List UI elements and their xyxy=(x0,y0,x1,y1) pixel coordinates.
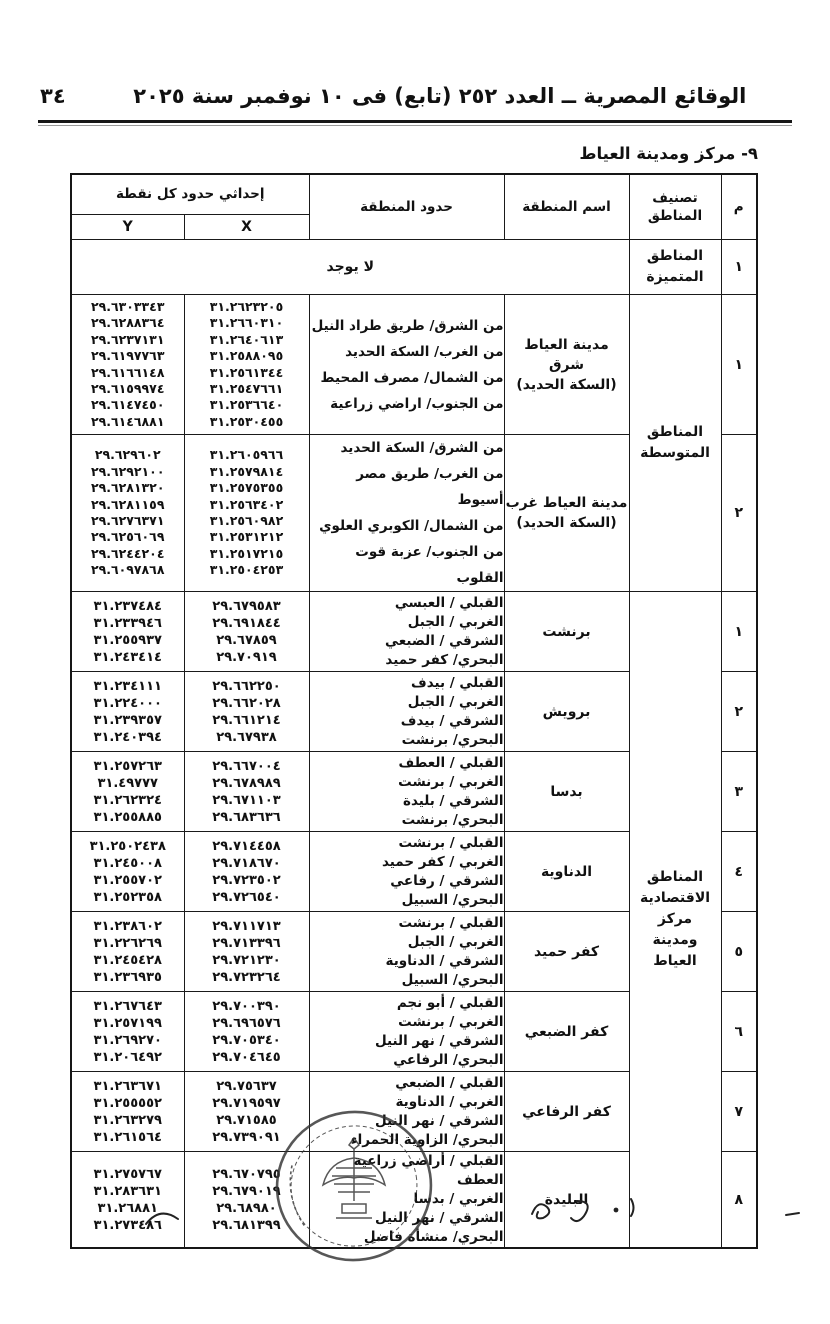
x-coords-cell: ٢٩.٧٠٠٣٩٠٢٩.٦٩٦٥٧٦٢٩.٧٠٥٣٤٠٢٩.٧٠٤٦٤٥ xyxy=(184,992,309,1072)
y-coordinate: ٣١.٢٢٤٠٠٠ xyxy=(72,695,184,712)
y-coords-cell: ٣١.٢٣٤١١١٣١.٢٢٤٠٠٠٣١.٢٣٩٣٥٧٣١.٢٤٠٣٩٤ xyxy=(71,672,184,752)
border-line: من الغرب/ السكة الحديد xyxy=(310,339,504,365)
x-coordinate: ٣١.٢٥٦١٣٤٤ xyxy=(185,365,309,381)
area-name-cell: كفر الرفاعي xyxy=(504,1072,629,1152)
y-coordinate: ٣١.٢٣٧٤٨٤ xyxy=(72,598,184,615)
y-coordinate: ٣١.٢٥٢٣٥٨ xyxy=(72,889,184,906)
y-coords-cell: ٣١.٢٥٠٢٤٣٨٣١.٢٤٥٠٠٨٣١.٢٥٥٧٠٢٣١.٢٥٢٣٥٨ xyxy=(71,832,184,912)
y-coords-cell: ٣١.٢٥٧٢٦٣٣١.٤٩٧٧٧٣١.٢٦٢٣٢٤٣١.٢٥٥٨٨٥ xyxy=(71,752,184,832)
x-coordinate: ٣١.٢٥٦٠٩٨٢ xyxy=(185,513,309,529)
header-classification: تصنيف المناطق xyxy=(629,174,721,240)
header-coords: إحداثي حدود كل نقطة xyxy=(71,174,309,214)
y-coordinate: ٢٩.٦٢٣٧١٣١ xyxy=(72,332,184,348)
x-coords-cell: ٢٩.٦٧٠٧٩٥٢٩.٦٧٩٠١٩٢٩.٦٨٩٨٠٢٩.٦٨١٣٩٩ xyxy=(184,1152,309,1249)
y-coords-cell: ٣١.٢٦٧٦٤٣٣١.٢٥٧١٩٩٣١.٢٦٩٢٧٠٣١.٢٠٦٤٩٢ xyxy=(71,992,184,1072)
y-coordinate: ٣١.٢٦٩٢٧٠ xyxy=(72,1032,184,1049)
x-coordinate: ٢٩.٦٧٨٥٩ xyxy=(185,632,309,649)
header-x: X xyxy=(184,214,309,239)
header-rule xyxy=(38,120,792,126)
border-line: الغربي / الجبل xyxy=(310,613,504,632)
row-index: ١ xyxy=(721,240,757,295)
y-coordinate: ٢٩.٦٠٩٧٨٦٨ xyxy=(72,562,184,578)
row-index: ١ xyxy=(721,592,757,672)
border-line: الشرقي / الدناوية xyxy=(310,952,504,971)
y-coords-cell: ٣١.٢٣٨٦٠٢٣١.٢٢٦٢٦٩٣١.٢٤٥٤٢٨٣١.٢٣٦٩٣٥ xyxy=(71,912,184,992)
y-coordinate: ٢٩.٦٢٩٢١٠٠ xyxy=(72,464,184,480)
row-index: ٢ xyxy=(721,435,757,592)
x-coordinate: ٣١.٢٥٤٧٦٦١ xyxy=(185,381,309,397)
y-coordinate: ٣١.٢٥٥٩٣٧ xyxy=(72,632,184,649)
border-line: الغربي / الجبل xyxy=(310,933,504,952)
y-coordinate: ٣١.٢٤٥٤٢٨ xyxy=(72,952,184,969)
y-coordinate: ٣١.٢٥٥٥٥٢ xyxy=(72,1095,184,1112)
y-coordinate: ٢٩.٦٢٨١١٥٩ xyxy=(72,497,184,513)
border-line: البحري/ برنشت xyxy=(310,811,504,830)
classification-cell: المناطق الاقتصادية مركز ومدينة العياط xyxy=(629,592,721,1249)
y-coordinate: ٣١.٢٦٧٦٤٣ xyxy=(72,998,184,1015)
x-coordinate: ٢٩.٦٨٩٨٠ xyxy=(185,1200,309,1217)
border-line: الغربي / برنشت xyxy=(310,773,504,792)
border-line: الشرقي / الضبعي xyxy=(310,632,504,651)
y-coordinate: ٢٩.٦٢٥٦٠٦٩ xyxy=(72,529,184,545)
x-coordinate: ٢٩.٦٨١٣٩٩ xyxy=(185,1217,309,1234)
border-line: الغربي / الدناوية xyxy=(310,1093,504,1112)
y-coordinate: ٣١.٢٠٦٤٩٢ xyxy=(72,1049,184,1066)
x-coordinate: ٢٩.٦٦٢٢٥٠ xyxy=(185,678,309,695)
area-name-cell: مدينة العياط شرق (السكة الحديد) xyxy=(504,295,629,435)
area-name-cell: كفر الضبعي xyxy=(504,992,629,1072)
y-coordinate: ٣١.٤٩٧٧٧ xyxy=(72,775,184,792)
header-y: Y xyxy=(71,214,184,239)
y-coordinate: ٣١.٢٧٥٧٦٧ xyxy=(72,1166,184,1183)
x-coordinate: ٢٩.٧٠٥٣٤٠ xyxy=(185,1032,309,1049)
y-coordinate: ٣١.٢٨٣٦٣١ xyxy=(72,1183,184,1200)
area-name-cell: بدسا xyxy=(504,752,629,832)
header-area-name: اسم المنطقة xyxy=(504,174,629,240)
border-line: القبلي / أراضي زراعية العطف xyxy=(310,1152,504,1190)
y-coordinate: ٣١.٢٥٠٢٤٣٨ xyxy=(72,838,184,855)
area-borders-cell: القبلي / العبسيالغربي / الجبلالشرقي / ال… xyxy=(309,592,504,672)
x-coordinate: ٢٩.٦٨٣٦٣٦ xyxy=(185,809,309,826)
table-row: ١المناطق المتوسطةمدينة العياط شرق (السكة… xyxy=(71,295,757,435)
border-line: البحري/ الزاوية الحمراء xyxy=(310,1131,504,1150)
border-line: من الغرب/ طريق مصر أسيوط xyxy=(310,461,504,513)
y-coordinate: ٣١.٢٣٤١١١ xyxy=(72,678,184,695)
border-line: القبلي / بيدف xyxy=(310,674,504,693)
y-coords-cell: ٢٩.٦٢٩٦٠٢٢٩.٦٢٩٢١٠٠٢٩.٦٢٨١٣٢٠٢٩.٦٢٨١١٥٩٢… xyxy=(71,435,184,592)
x-coordinate: ٣١.٢٥٣١٢١٢ xyxy=(185,529,309,545)
y-coordinate: ٢٩.٦١٤٦٨٨١ xyxy=(72,414,184,430)
border-line: الشرقي / نهر النيل xyxy=(310,1112,504,1131)
row-index: ٦ xyxy=(721,992,757,1072)
areas-table: م تصنيف المناطق اسم المنطقة حدود المنطقة… xyxy=(70,173,758,1249)
area-name-cell: برويش xyxy=(504,672,629,752)
x-coords-cell: ٣١.٢٦٠٥٩٦٦٣١.٢٥٧٩٨١٤٣١.٢٥٧٥٣٥٥٣١.٢٥٦٣٤٠٢… xyxy=(184,435,309,592)
border-line: من الشرق/ طريق طراد النيل xyxy=(310,313,504,339)
y-coordinate: ٣١.٢٥٧٢٦٣ xyxy=(72,758,184,775)
border-line: من الجنوب/ عزبة قوت القلوب xyxy=(310,539,504,591)
x-coordinate: ٣١.٢٦٦٠٣١٠ xyxy=(185,315,309,331)
x-coordinate: ٣١.٢٥٣٠٤٥٥ xyxy=(185,414,309,430)
border-line: الغربي / الجبل xyxy=(310,693,504,712)
area-name-cell: برنشت xyxy=(504,592,629,672)
x-coordinate: ٢٩.٦٦٧٠٠٤ xyxy=(185,758,309,775)
x-coordinate: ٢٩.٦٧٨٩٨٩ xyxy=(185,775,309,792)
x-coordinate: ٢٩.٦٩٦٥٧٦ xyxy=(185,1015,309,1032)
y-coordinate: ٢٩.٦١٩٧٧٦٣ xyxy=(72,348,184,364)
no-data-cell: لا يوجد xyxy=(71,240,629,295)
y-coords-cell: ٣١.٢٣٧٤٨٤٣١.٢٣٣٩٤٦٣١.٢٥٥٩٣٧٣١.٢٤٣٤١٤ xyxy=(71,592,184,672)
y-coordinate: ٣١.٢٣٨٦٠٢ xyxy=(72,918,184,935)
x-coordinate: ٢٩.٧٣٩٠٩١ xyxy=(185,1129,309,1146)
area-borders-cell: القبلي / برنشتالغربي / كفر حميدالشرقي / … xyxy=(309,832,504,912)
y-coordinate: ٢٩.٦٢٨١٣٢٠ xyxy=(72,480,184,496)
area-borders-cell: القبلي / العطفالغربي / برنشتالشرقي / بلي… xyxy=(309,752,504,832)
x-coords-cell: ٣١.٢٦٢٣٢٠٥٣١.٢٦٦٠٣١٠٣١.٢٦٤٠٦١٣٣١.٢٥٨٨٠٩٥… xyxy=(184,295,309,435)
y-coordinate: ٣١.٢٦٣٦٧١ xyxy=(72,1078,184,1095)
y-coordinate: ٣١.٢٤٣٤١٤ xyxy=(72,649,184,666)
border-line: البحري/ السبيل xyxy=(310,891,504,910)
area-name-cell: كفر حميد xyxy=(504,912,629,992)
y-coordinate: ٣١.٢٥٥٨٨٥ xyxy=(72,809,184,826)
border-line: القبلي / الضبعي xyxy=(310,1074,504,1093)
area-name-cell: مدينة العياط غرب (السكة الحديد) xyxy=(504,435,629,592)
border-line: القبلي / العطف xyxy=(310,754,504,773)
border-line: من الشرق/ السكة الحديد xyxy=(310,435,504,461)
y-coordinate: ٣١.٢٣٣٩٤٦ xyxy=(72,615,184,632)
y-coordinate: ٣١.٢٧٣٤٨٦ xyxy=(72,1217,184,1234)
x-coordinate: ٢٩.٧٠٠٣٩٠ xyxy=(185,998,309,1015)
x-coordinate: ٢٩.٧١٩٥٩٧ xyxy=(185,1095,309,1112)
border-line: الشرقي / نهر النيل xyxy=(310,1209,504,1228)
x-coordinate: ٣١.٢٦٢٣٢٠٥ xyxy=(185,299,309,315)
border-line: البحري/ الرفاعي xyxy=(310,1051,504,1070)
page-number: ٣٤ xyxy=(40,84,90,108)
header-area-borders: حدود المنطقة xyxy=(309,174,504,240)
x-coords-cell: ٢٩.٧٥٦٣٧٢٩.٧١٩٥٩٧٢٩.٧١٥٨٥٢٩.٧٣٩٠٩١ xyxy=(184,1072,309,1152)
y-coordinate: ٣١.٢٦٢٣٢٤ xyxy=(72,792,184,809)
y-coordinate: ٢٩.٦٣٠٣٣٤٣ xyxy=(72,299,184,315)
y-coordinate: ٣١.٢٣٦٩٣٥ xyxy=(72,969,184,986)
border-line: الشرقي / بيدف xyxy=(310,712,504,731)
border-line: القبلي / برنشت xyxy=(310,914,504,933)
table-header: م تصنيف المناطق اسم المنطقة حدود المنطقة… xyxy=(71,174,757,240)
border-line: القبلي / العبسي xyxy=(310,594,504,613)
gazette-title: الوقائع المصرية ــ العدد ٢٥٢ (تابع) فى ١… xyxy=(90,84,790,108)
y-coordinate: ٣١.٢٥٥٧٠٢ xyxy=(72,872,184,889)
header-index: م xyxy=(721,174,757,240)
border-line: البحري/ برنشت xyxy=(310,731,504,750)
x-coordinate: ٢٩.٧٢٣٥٠٢ xyxy=(185,872,309,889)
x-coordinate: ٢٩.٧١٨٦٧٠ xyxy=(185,855,309,872)
table-row: ١المناطق المتميزةلا يوجد xyxy=(71,240,757,295)
border-line: الشرقي / بليدة xyxy=(310,792,504,811)
y-coordinate: ٢٩.٦١٦٦١٤٨ xyxy=(72,365,184,381)
y-coords-cell: ٣١.٢٦٣٦٧١٣١.٢٥٥٥٥٢٣١.٢٦٣٢٧٩٣١.٢٦١٥٦٤ xyxy=(71,1072,184,1152)
table-body: ١المناطق المتميزةلا يوجد١المناطق المتوسط… xyxy=(71,240,757,1249)
x-coordinate: ٣١.٢٦٤٠٦١٣ xyxy=(185,332,309,348)
row-index: ٢ xyxy=(721,672,757,752)
border-line: من الشمال/ مصرف المحيط xyxy=(310,365,504,391)
y-coordinate: ٢٩.٦١٥٩٩٧٤ xyxy=(72,381,184,397)
x-coordinate: ٢٩.٧١٤٤٥٨ xyxy=(185,838,309,855)
x-coordinate: ٢٩.٦٧٩٣٨ xyxy=(185,729,309,746)
x-coordinate: ٢٩.٦٧٠٧٩٥ xyxy=(185,1166,309,1183)
row-index: ٤ xyxy=(721,832,757,912)
border-line: البحري/ كفر حميد xyxy=(310,651,504,670)
border-line: الغربي / بدسا xyxy=(310,1190,504,1209)
area-borders-cell: من الشرق/ السكة الحديدمن الغرب/ طريق مصر… xyxy=(309,435,504,592)
x-coordinate: ٢٩.٦٧١١٠٣ xyxy=(185,792,309,809)
y-coordinate: ٣١.٢٦٨٨١ xyxy=(72,1200,184,1217)
border-line: من الشمال/ الكوبري العلوي xyxy=(310,513,504,539)
area-name-cell: الدناوية xyxy=(504,832,629,912)
x-coordinate: ٢٩.٧٢٦٥٤٠ xyxy=(185,889,309,906)
border-line: القبلي / أبو نجم xyxy=(310,994,504,1013)
border-line: الشرقي / نهر النيل xyxy=(310,1032,504,1051)
x-coordinate: ٢٩.٧٢١٢٣٠ xyxy=(185,952,309,969)
row-index: ٨ xyxy=(721,1152,757,1249)
x-coordinate: ٢٩.٧٢٣٢٦٤ xyxy=(185,969,309,986)
y-coordinate: ٣١.٢٦١٥٦٤ xyxy=(72,1129,184,1146)
area-borders-cell: القبلي / برنشتالغربي / الجبلالشرقي / الد… xyxy=(309,912,504,992)
classification-cell: المناطق المتوسطة xyxy=(629,295,721,592)
border-line: الغربي / برنشت xyxy=(310,1013,504,1032)
table-row: ١المناطق الاقتصادية مركز ومدينة العياطبر… xyxy=(71,592,757,672)
x-coords-cell: ٢٩.٧١٤٤٥٨٢٩.٧١٨٦٧٠٢٩.٧٢٣٥٠٢٢٩.٧٢٦٥٤٠ xyxy=(184,832,309,912)
border-line: من الجنوب/ اراضي زراعية xyxy=(310,391,504,417)
y-coordinate: ٢٩.٦٢٩٦٠٢ xyxy=(72,447,184,463)
row-index: ٧ xyxy=(721,1072,757,1152)
y-coordinate: ٢٩.٦٢٤٤٢٠٤ xyxy=(72,546,184,562)
row-index: ٥ xyxy=(721,912,757,992)
row-index: ١ xyxy=(721,295,757,435)
area-borders-cell: من الشرق/ طريق طراد النيلمن الغرب/ السكة… xyxy=(309,295,504,435)
area-borders-cell: القبلي / الضبعيالغربي / الدناويةالشرقي /… xyxy=(309,1072,504,1152)
x-coords-cell: ٢٩.٦٦٧٠٠٤٢٩.٦٧٨٩٨٩٢٩.٦٧١١٠٣٢٩.٦٨٣٦٣٦ xyxy=(184,752,309,832)
gazette-page: { "page": { "page_number": "٣٤", "header… xyxy=(0,0,830,1324)
x-coordinate: ٢٩.٧٠٩١٩ xyxy=(185,649,309,666)
border-line: البحري/ السبيل xyxy=(310,971,504,990)
x-coordinate: ٢٩.٦٦٢٠٢٨ xyxy=(185,695,309,712)
x-coords-cell: ٢٩.٧١١٧١٣٢٩.٧١٣٣٩٦٢٩.٧٢١٢٣٠٢٩.٧٢٣٢٦٤ xyxy=(184,912,309,992)
border-line: الغربي / كفر حميد xyxy=(310,853,504,872)
y-coordinate: ٣١.٢٦٣٢٧٩ xyxy=(72,1112,184,1129)
x-coordinate: ٣١.٢٦٠٥٩٦٦ xyxy=(185,447,309,463)
y-coordinate: ٣١.٢٥٧١٩٩ xyxy=(72,1015,184,1032)
x-coordinate: ٣١.٢٥٧٩٨١٤ xyxy=(185,464,309,480)
area-name-cell: البليدة xyxy=(504,1152,629,1249)
y-coords-cell: ٣١.٢٧٥٧٦٧٣١.٢٨٣٦٣١٣١.٢٦٨٨١٣١.٢٧٣٤٨٦ xyxy=(71,1152,184,1249)
y-coordinate: ٣١.٢٣٩٣٥٧ xyxy=(72,712,184,729)
x-coordinate: ٢٩.٦٦١٢١٤ xyxy=(185,712,309,729)
x-coordinate: ٣١.٢٥٧٥٣٥٥ xyxy=(185,480,309,496)
y-coords-cell: ٢٩.٦٣٠٣٣٤٣٢٩.٦٢٨٨٣٦٤٢٩.٦٢٣٧١٣١٢٩.٦١٩٧٧٦٣… xyxy=(71,295,184,435)
y-coordinate: ٢٩.٦٢٨٨٣٦٤ xyxy=(72,315,184,331)
section-title: ٩- مركز ومدينة العياط xyxy=(0,144,758,163)
border-line: البحري/ منشأة فاضل xyxy=(310,1228,504,1247)
y-coordinate: ٣١.٢٢٦٢٦٩ xyxy=(72,935,184,952)
x-coords-cell: ٢٩.٦٧٩٥٨٣٢٩.٦٩١٨٤٤٢٩.٦٧٨٥٩٢٩.٧٠٩١٩ xyxy=(184,592,309,672)
x-coordinate: ٣١.٢٥٠٤٢٥٣ xyxy=(185,562,309,578)
classification-cell: المناطق المتميزة xyxy=(629,240,721,295)
x-coordinate: ٢٩.٦٧٩٠١٩ xyxy=(185,1183,309,1200)
y-coordinate: ٣١.٢٤٥٠٠٨ xyxy=(72,855,184,872)
x-coordinate: ٣١.٢٥٦٣٤٠٢ xyxy=(185,497,309,513)
y-coordinate: ٣١.٢٤٠٣٩٤ xyxy=(72,729,184,746)
x-coordinate: ٣١.٢٥٨٨٠٩٥ xyxy=(185,348,309,364)
border-line: الشرقي / رفاعي xyxy=(310,872,504,891)
x-coordinate: ٣١.٢٥١٧٢١٥ xyxy=(185,546,309,562)
x-coords-cell: ٢٩.٦٦٢٢٥٠٢٩.٦٦٢٠٢٨٢٩.٦٦١٢١٤٢٩.٦٧٩٣٨ xyxy=(184,672,309,752)
area-borders-cell: القبلي / أراضي زراعية العطفالغربي / بدسا… xyxy=(309,1152,504,1249)
area-borders-cell: القبلي / أبو نجمالغربي / برنشتالشرقي / ن… xyxy=(309,992,504,1072)
x-coordinate: ٢٩.٧١١٧١٣ xyxy=(185,918,309,935)
x-coordinate: ٣١.٢٥٣٦٦٤٠ xyxy=(185,397,309,413)
x-coordinate: ٢٩.٧١٥٨٥ xyxy=(185,1112,309,1129)
area-borders-cell: القبلي / بيدفالغربي / الجبلالشرقي / بيدف… xyxy=(309,672,504,752)
y-coordinate: ٢٩.٦٢٧٦٣٧١ xyxy=(72,513,184,529)
gazette-header: الوقائع المصرية ــ العدد ٢٥٢ (تابع) فى ١… xyxy=(0,0,830,108)
row-index: ٣ xyxy=(721,752,757,832)
x-coordinate: ٢٩.٦٩١٨٤٤ xyxy=(185,615,309,632)
y-coordinate: ٢٩.٦١٤٧٤٥٠ xyxy=(72,397,184,413)
border-line: القبلي / برنشت xyxy=(310,834,504,853)
x-coordinate: ٢٩.٧٥٦٣٧ xyxy=(185,1078,309,1095)
x-coordinate: ٢٩.٦٧٩٥٨٣ xyxy=(185,598,309,615)
x-coordinate: ٢٩.٧١٣٣٩٦ xyxy=(185,935,309,952)
x-coordinate: ٢٩.٧٠٤٦٤٥ xyxy=(185,1049,309,1066)
